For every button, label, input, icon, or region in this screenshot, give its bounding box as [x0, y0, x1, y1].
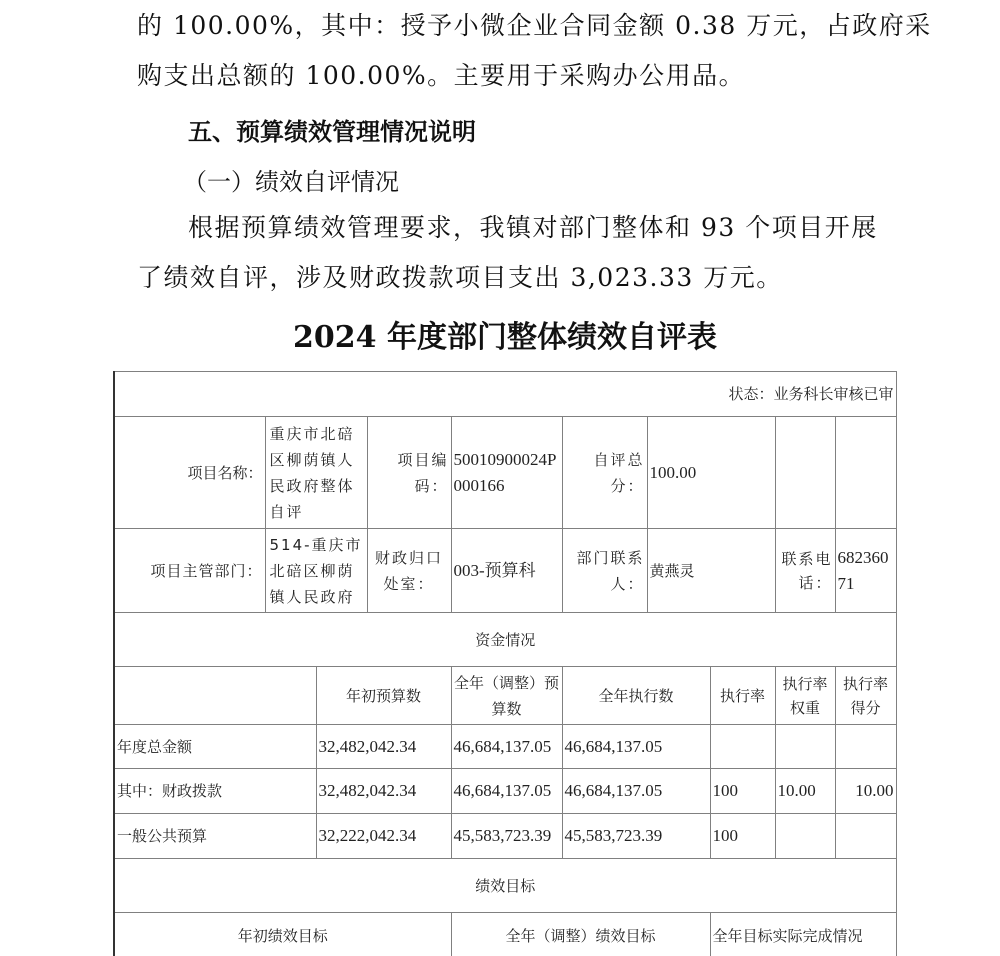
- fund-row: 年度总金额 32,482,042.34 46,684,137.05 46,684…: [114, 725, 896, 769]
- paragraph-evaluation-line-2: 了绩效自评，涉及财政拨款项目支出 3,023.33 万元。: [137, 253, 783, 303]
- fund-header-score: 执行率得分: [835, 667, 896, 725]
- fund-row-initial: 32,482,042.34: [316, 725, 451, 769]
- empty-cell: [835, 417, 896, 529]
- fund-header-blank: [114, 667, 316, 725]
- dept-value: 514-重庆市北碚区柳荫镇人民政府: [265, 529, 367, 613]
- contact-value: 黄燕灵: [647, 529, 775, 613]
- fund-row-label: 年度总金额: [114, 725, 316, 769]
- paragraph-procurement-line-2: 购支出总额的 100.00%。主要用于采购办公用品。: [137, 51, 745, 101]
- fund-row-executed: 45,583,723.39: [562, 814, 710, 859]
- fund-row-adjusted: 45,583,723.39: [451, 814, 562, 859]
- project-code-value: 50010900024P000166: [451, 417, 562, 529]
- fund-row-score: [835, 725, 896, 769]
- fund-row: 一般公共预算 32,222,042.34 45,583,723.39 45,58…: [114, 814, 896, 859]
- fund-header-weight: 执行率权重: [775, 667, 835, 725]
- fund-row-rate: 100: [710, 814, 775, 859]
- fund-row-executed: 46,684,137.05: [562, 769, 710, 814]
- fund-row-adjusted: 46,684,137.05: [451, 769, 562, 814]
- fund-row-weight: 10.00: [775, 769, 835, 814]
- fund-row-label: 其中：财政拨款: [114, 769, 316, 814]
- fund-header-rate: 执行率: [710, 667, 775, 725]
- fund-header-executed: 全年执行数: [562, 667, 710, 725]
- perf-header-initial: 年初绩效目标: [114, 913, 451, 956]
- self-score-label: 自评总分：: [562, 417, 647, 529]
- paragraph-procurement-line-1: 的 100.00%，其中：授予小微企业合同金额 0.38 万元，占政府采: [137, 1, 932, 51]
- fund-row-score: 10.00: [835, 769, 896, 814]
- project-name-label: 项目名称：: [114, 417, 265, 529]
- paragraph-evaluation-line-1: 根据预算绩效管理要求，我镇对部门整体和 93 个项目开展: [188, 203, 878, 253]
- fund-row-initial: 32,222,042.34: [316, 814, 451, 859]
- project-name-value: 重庆市北碚区柳荫镇人民政府整体自评: [265, 417, 367, 529]
- fund-header-initial: 年初预算数: [316, 667, 451, 725]
- fund-row-score: [835, 814, 896, 859]
- fund-section-title: 资金情况: [114, 613, 896, 667]
- self-evaluation-table: 状态：业务科长审核已审 项目名称： 重庆市北碚区柳荫镇人民政府整体自评 项目编码…: [113, 371, 897, 956]
- self-score-value: 100.00: [647, 417, 775, 529]
- fund-row-weight: [775, 725, 835, 769]
- subsection-heading: （一）绩效自评情况: [183, 162, 399, 197]
- fund-row-initial: 32,482,042.34: [316, 769, 451, 814]
- finance-office-value: 003-预算科: [451, 529, 562, 613]
- fund-row-executed: 46,684,137.05: [562, 725, 710, 769]
- fund-row-label: 一般公共预算: [114, 814, 316, 859]
- finance-office-label: 财政归口处室：: [367, 529, 451, 613]
- fund-row-adjusted: 46,684,137.05: [451, 725, 562, 769]
- fund-row: 其中：财政拨款 32,482,042.34 46,684,137.05 46,6…: [114, 769, 896, 814]
- fund-row-rate: 100: [710, 769, 775, 814]
- perf-section-title: 绩效目标: [114, 859, 896, 913]
- section-heading: 五、预算绩效管理情况说明: [188, 112, 476, 147]
- phone-value: 68236071: [835, 529, 896, 613]
- project-code-label: 项目编码：: [367, 417, 451, 529]
- perf-header-actual: 全年目标实际完成情况: [710, 913, 896, 956]
- dept-label: 项目主管部门：: [114, 529, 265, 613]
- fund-row-rate: [710, 725, 775, 769]
- fund-row-weight: [775, 814, 835, 859]
- contact-label: 部门联系人：: [562, 529, 647, 613]
- status-cell: 状态：业务科长审核已审: [114, 372, 896, 417]
- fund-header-adjusted: 全年（调整）预算数: [451, 667, 562, 725]
- perf-header-adjusted: 全年（调整）绩效目标: [451, 913, 710, 956]
- phone-label: 联系电话：: [775, 529, 835, 613]
- table-title: 2024 年度部门整体绩效自评表: [0, 312, 1000, 356]
- empty-cell: [775, 417, 835, 529]
